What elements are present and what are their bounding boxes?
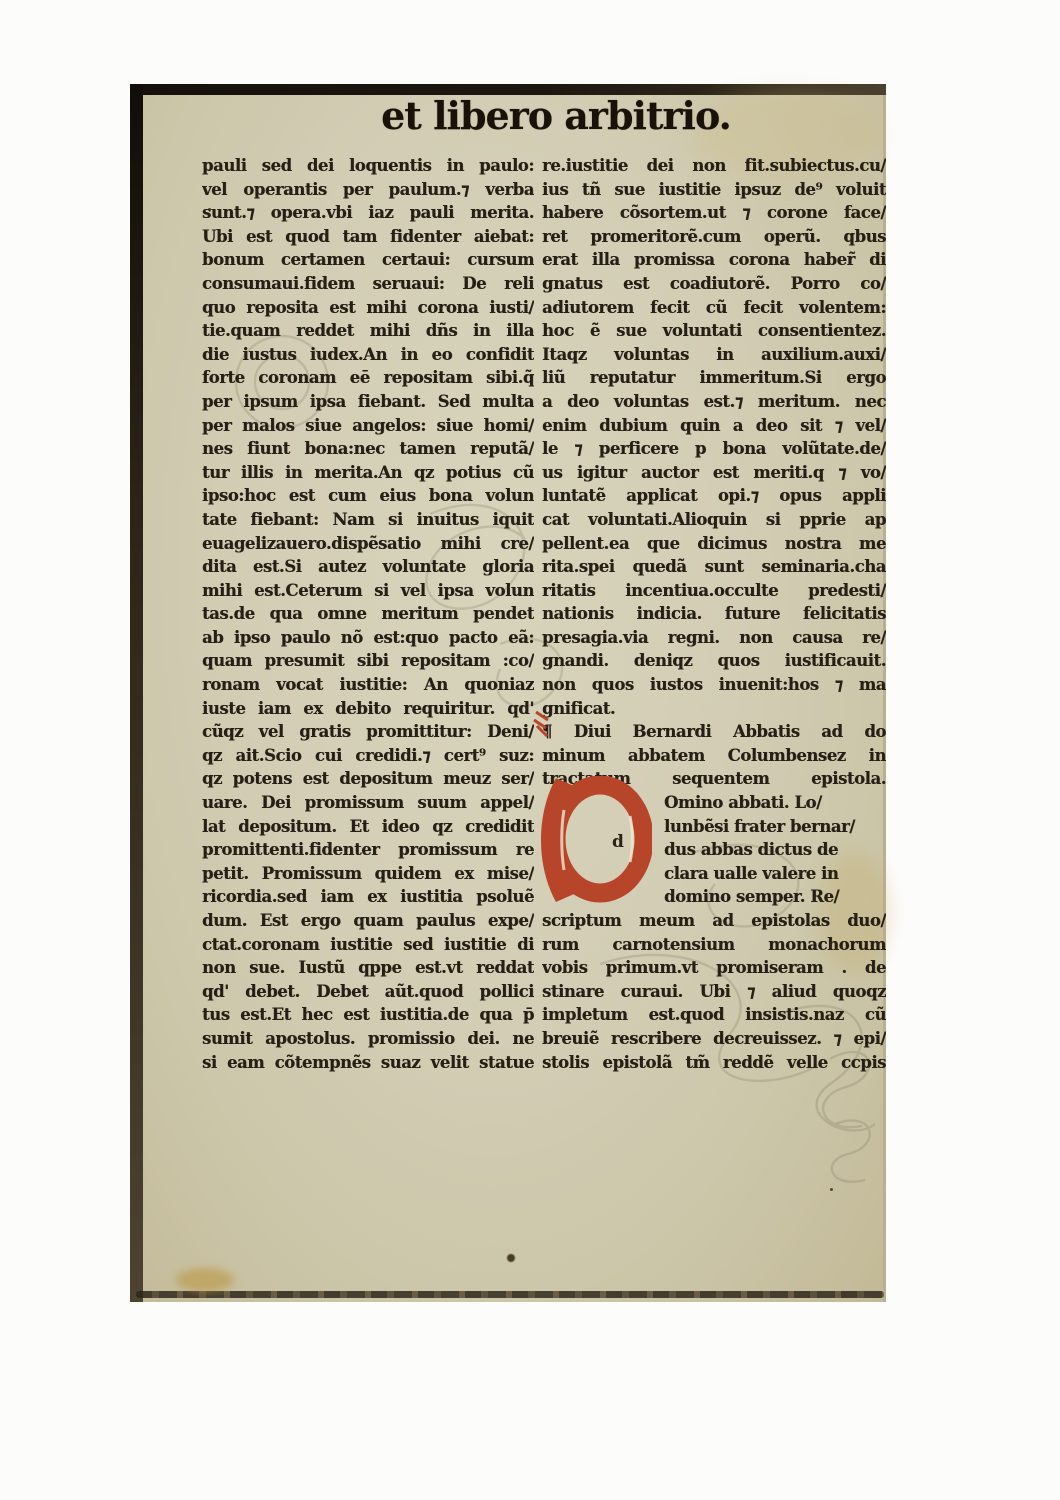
text-line: tie.quam reddet mihi dñs in illa (202, 319, 534, 343)
text-line: us igitur auctor est meriti.q ⁊ vo/ (542, 461, 886, 485)
text-line: qd' debet. Debet aũt.quod pollici (202, 980, 534, 1004)
text-line: cũqz vel gratis promittitur: Deni/ (202, 720, 534, 744)
text-line: pellent.ea que dicimus nostra me (542, 532, 886, 556)
text-line: ronam vocat iustitie: An quoniaz (202, 673, 534, 697)
text-line: per malos siue angelos: siue homi/ (202, 414, 534, 438)
text-line: ab ipso paulo nõ est:quo pacto eã: (202, 626, 534, 650)
text-line: iuste iam ex debito requiritur. qd' (202, 697, 534, 721)
text-line: si eam cõtempnẽs suaz velit statue (202, 1051, 534, 1075)
text-line: mihi est.Ceterum si vel ipsa volun (202, 579, 534, 603)
text-line: enim dubium quin a deo sit ⁊ vel/ (542, 414, 886, 438)
text-line: ricordia.sed iam ex iustitia psoluẽ (202, 885, 534, 909)
page-bottom-edge (136, 1291, 884, 1298)
ink-speck (830, 1188, 833, 1191)
text-line: hoc ẽ sue voluntati consentientez. (542, 319, 886, 343)
text-column-right: re.iustitie dei non fit.subiectus.cu/ius… (542, 154, 886, 1074)
text-line: stolis epistolã tm̃ reddẽ velle ccpis (542, 1051, 886, 1075)
text-line: forte coronam eē repositam sibi.q̃ (202, 366, 534, 390)
text-line: rita.spei quedã sunt seminaria.cha (542, 555, 886, 579)
text-column-left: pauli sed dei loquentis in paulo:vel ope… (202, 154, 534, 1074)
text-line: minum abbatem Columbensez in (542, 744, 886, 768)
text-line: Ubi est quod tam fidenter aiebat: (202, 225, 534, 249)
text-line: luntatẽ applicat opi.⁊ opus appli (542, 484, 886, 508)
text-line: erat illa promissa corona haber̃ di (542, 248, 886, 272)
red-paragraph-mark (532, 710, 554, 742)
text-line: re.iustitie dei non fit.subiectus.cu/ (542, 154, 886, 178)
text-line: adiutorem fecit cũ fecit volentem: (542, 296, 886, 320)
text-line: euagelizauero.dispẽsatio mihi cre/ (202, 532, 534, 556)
text-line: presagia.via regni. non causa re/ (542, 626, 886, 650)
text-line: tate fiebant: Nam si inuitus iquit (202, 508, 534, 532)
text-line: cat voluntati.Alioquin si pprie ap (542, 508, 886, 532)
text-line: dita est.Si autez voluntate gloria (202, 555, 534, 579)
text-line: scriptum meum ad epistolas duo/ (542, 909, 886, 933)
text-line: sunt.⁊ opera.vbi iaz pauli merita. (202, 201, 534, 225)
text-line: ipso:hoc est cum eius bona volun (202, 484, 534, 508)
text-line: ¶ Diui Bernardi Abbatis ad do (542, 720, 886, 744)
parchment-stain (176, 1268, 234, 1292)
text-line: non quos iustos inuenit:hos ⁊ ma (542, 673, 886, 697)
text-line: ctat.coronam iustitie sed iustitie di (202, 933, 534, 957)
text-line: promittenti.fidenter promissum re (202, 838, 534, 862)
text-line: habere cõsortem.ut ⁊ corone face/ (542, 201, 886, 225)
book-page: et libero arbitrio. pauli sed dei loquen… (130, 84, 886, 1302)
text-line: tas.de qua omne meritum pendet (202, 602, 534, 626)
text-line: qz ait.Scio cui credidi.⁊ cert⁹ suz: (202, 744, 534, 768)
binding-edge (130, 84, 143, 1302)
text-line: petit. Promissum quidem ex mise/ (202, 862, 534, 886)
text-line: tus est.Et hec est iustitia.de qua p̄ (202, 1003, 534, 1027)
illuminated-initial-d (534, 776, 652, 904)
text-line: per ipsum ipsa fiebant. Sed multa (202, 390, 534, 414)
ink-dot (507, 1254, 515, 1262)
text-line: ritatis incentiua.occulte predesti/ (542, 579, 886, 603)
text-line: rum carnotensium monachorum (542, 933, 886, 957)
text-line: breuiẽ rescribere decreuissez. ⁊ epi/ (542, 1027, 886, 1051)
text-line: stinare curaui. Ubi ⁊ aliud quoqz (542, 980, 886, 1004)
text-line: nes fiunt bona:nec tamen reputã/ (202, 437, 534, 461)
text-line: gnificat. (542, 697, 886, 721)
text-line: vel operantis per paulum.⁊ verba (202, 178, 534, 202)
text-line: lat depositum. Et ideo qz credidit (202, 815, 534, 839)
text-line: qz potens est depositum meuz ser/ (202, 767, 534, 791)
text-line: die iustus iudex.An in eo confidit (202, 343, 534, 367)
text-line: pauli sed dei loquentis in paulo: (202, 154, 534, 178)
text-line: gnandi. deniqz quos iustificauit. (542, 649, 886, 673)
text-line: nationis indicia. future felicitatis (542, 602, 886, 626)
text-line: bonum certamen certaui: cursum (202, 248, 534, 272)
text-line: ret promeritorẽ.cum operũ. qbus (542, 225, 886, 249)
initial-guide-letter: d (612, 832, 624, 852)
text-line: quo reposita est mihi corona iusti/ (202, 296, 534, 320)
page-heading: et libero arbitrio. (366, 93, 746, 141)
text-line: sumit apostolus. promissio dei. ne (202, 1027, 534, 1051)
text-line: vobis primum.vt promiseram . de (542, 956, 886, 980)
text-line: tur illis in merita.An qz potius cũ (202, 461, 534, 485)
text-line: non sue. Iustũ qppe est.vt reddat (202, 956, 534, 980)
text-line: impletum est.quod insistis.naz cũ (542, 1003, 886, 1027)
text-line: quam presumit sibi repositam :co/ (202, 649, 534, 673)
text-line: a deo voluntas est.⁊ meritum. nec (542, 390, 886, 414)
text-line: uare. Dei promissum suum appel/ (202, 791, 534, 815)
text-line: ius tñ sue iustitie ipsuz de⁹ voluit (542, 178, 886, 202)
text-line: le ⁊ perficere p bona volũtate.de/ (542, 437, 886, 461)
text-line: consumaui.fidem seruaui: De reli (202, 272, 534, 296)
text-line: Itaqz voluntas in auxilium.auxi/ (542, 343, 886, 367)
text-line: liũ reputatur immeritum.Si ergo (542, 366, 886, 390)
text-line: gnatus est coadiutorẽ. Porro co/ (542, 272, 886, 296)
text-line: dum. Est ergo quam paulus expe/ (202, 909, 534, 933)
